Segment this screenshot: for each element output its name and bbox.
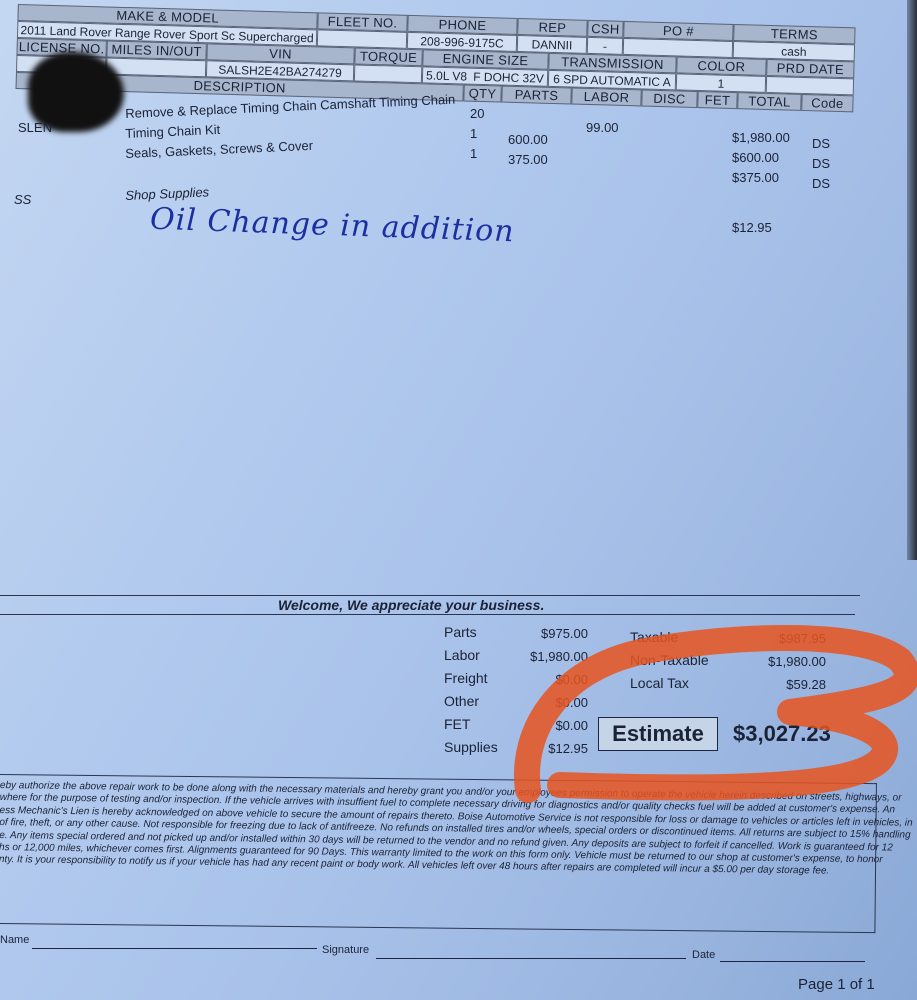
engine-detail-text: F DOHC 32V — [473, 69, 544, 85]
handwritten-note: Oil Change in addition — [150, 202, 516, 250]
line-item-code: DS — [812, 176, 830, 191]
total-label-other: Other — [444, 693, 479, 709]
line-item-qty: 1 — [470, 146, 477, 161]
background-edge — [907, 0, 917, 560]
total-value-non-taxable: $1,980.00 — [740, 654, 826, 669]
qty-label: QTY — [463, 84, 501, 102]
parts-label: PARTS — [501, 86, 571, 105]
torque-value — [354, 64, 422, 83]
line-item-description: Shop Supplies — [125, 184, 209, 203]
total-value-fet: $0.00 — [500, 718, 588, 733]
divider — [0, 614, 855, 615]
line-item-description: Timing Chain Kit — [125, 122, 220, 141]
page-indicator: Page 1 of 1 — [798, 976, 875, 993]
engine-size-text: 5.0L V8 — [426, 68, 467, 83]
total-value-supplies: $12.95 — [500, 741, 588, 756]
line-item-qty: 1 — [470, 126, 477, 141]
estimate-document: MAKE & MODEL FLEET NO. PHONE REP CSH PO … — [0, 0, 917, 1000]
total-value-taxable: $987.95 — [740, 631, 826, 646]
rep-label: REP — [517, 18, 587, 37]
welcome-message: Welcome, We appreciate your business. — [278, 597, 544, 613]
torque-label: TORQUE — [354, 47, 422, 66]
line-item-total: $12.95 — [732, 220, 772, 235]
line-item-labor: 99.00 — [586, 120, 619, 135]
total-label-labor: Labor — [444, 647, 480, 663]
total-label-freight: Freight — [444, 670, 488, 686]
total-label: TOTAL — [737, 92, 801, 111]
name-field[interactable] — [32, 948, 317, 949]
total-value-other: $0.00 — [500, 695, 588, 710]
line-item-code: DS — [812, 136, 830, 151]
csh-value: - — [587, 37, 623, 55]
rep-value: DANNII — [517, 35, 587, 54]
line-item-parts: 375.00 — [508, 152, 548, 167]
signature-field[interactable] — [376, 958, 686, 959]
total-label-fet: FET — [444, 716, 470, 732]
total-label-parts: Parts — [444, 624, 477, 640]
code-label: Code — [801, 94, 853, 112]
signature-label: Signature — [322, 944, 369, 956]
line-item-tech: SS — [14, 192, 31, 207]
labor-label: LABOR — [571, 87, 641, 106]
line-item-total: $1,980.00 — [732, 130, 790, 145]
total-value-local-tax: $59.28 — [740, 677, 826, 692]
date-label: Date — [692, 949, 715, 961]
csh-label: CSH — [587, 20, 623, 38]
total-label-taxable: Taxable — [630, 629, 678, 645]
line-item-code: DS — [812, 156, 830, 171]
header-grid: MAKE & MODEL FLEET NO. PHONE REP CSH PO … — [18, 0, 856, 23]
estimate-amount: $3,027.23 — [733, 721, 831, 747]
line-item-tech: SLEN — [18, 120, 52, 135]
line-item-total: $600.00 — [732, 150, 779, 165]
total-label-local-tax: Local Tax — [630, 675, 689, 691]
total-value-freight: $0.00 — [500, 672, 588, 687]
line-item-total: $375.00 — [732, 170, 779, 185]
date-field[interactable] — [720, 961, 865, 962]
line-item-qty: 20 — [470, 106, 484, 121]
total-value-parts: $975.00 — [500, 626, 588, 641]
line-item-parts: 600.00 — [508, 132, 548, 147]
terms-text: eby authorize the above repair work to b… — [0, 780, 860, 879]
name-label: Name — [0, 934, 29, 946]
disc-label: DISC — [641, 89, 697, 108]
total-value-labor: $1,980.00 — [500, 649, 588, 664]
total-label-supplies: Supplies — [444, 739, 498, 755]
fet-label: FET — [697, 91, 737, 109]
line-item-description: Seals, Gaskets, Screws & Cover — [125, 138, 313, 161]
total-label-non-taxable: Non-Taxable — [630, 652, 709, 668]
divider — [0, 595, 860, 596]
estimate-label: Estimate — [598, 717, 718, 751]
